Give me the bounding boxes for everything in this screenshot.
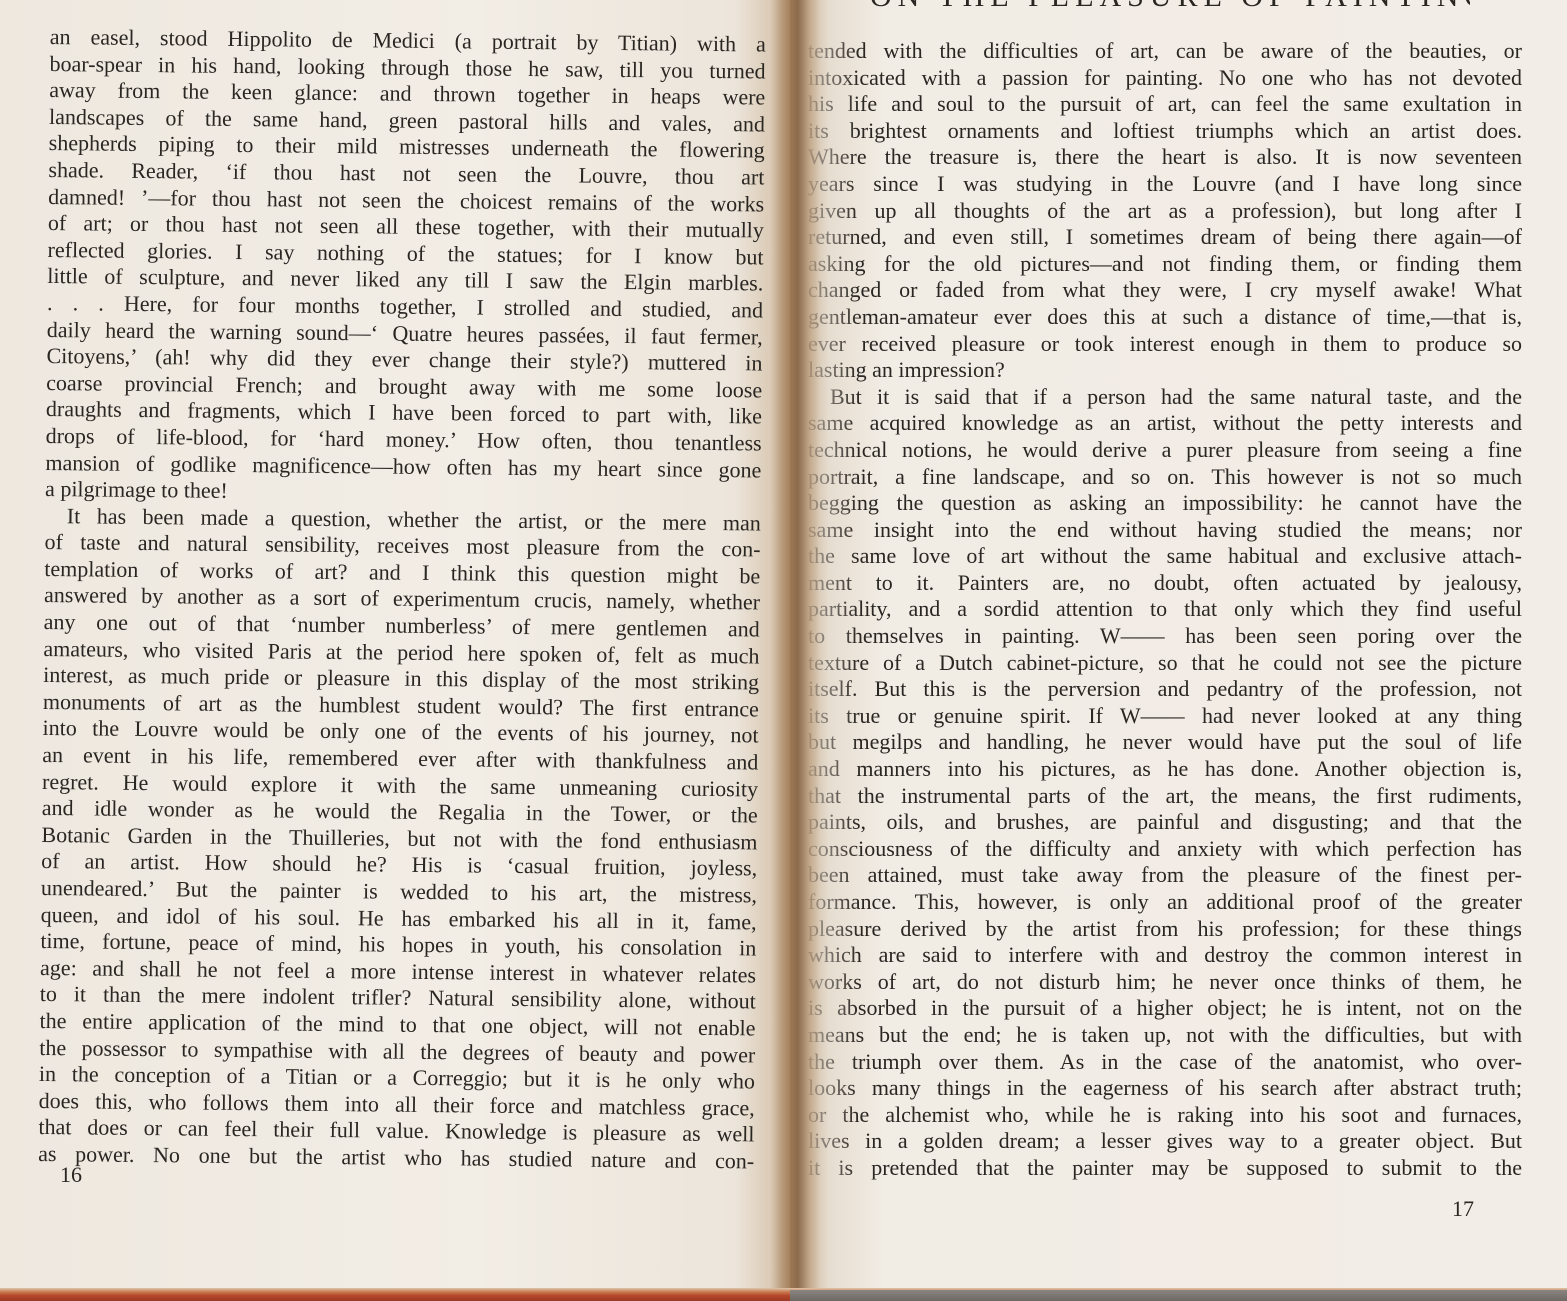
text-line: gentleman-amateur ever does this at such… (808, 304, 1522, 331)
text-line: Where the treasure is, there the heart i… (808, 144, 1522, 171)
text-line: returned, and even still, I sometimes dr… (808, 224, 1522, 251)
text-line: years since I was studying in the Louvre… (808, 171, 1522, 198)
text-line: its true or genuine spirit. If W—— had n… (808, 703, 1522, 730)
left-page: an easel, stood Hippolito de Medici (a p… (0, 0, 790, 1290)
text-line: been attained, must take away from the p… (808, 862, 1522, 889)
right-page-text: tended with the difficulties of art, can… (808, 38, 1522, 1182)
text-line: texture of a Dutch cabinet-picture, so t… (808, 650, 1522, 677)
text-line: same acquired knowledge as an artist, wi… (808, 410, 1522, 437)
text-line: technical notions, he would derive a pur… (808, 437, 1522, 464)
text-line: intoxicated with a passion for painting.… (808, 65, 1522, 92)
text-line: and manners into his pictures, as he has… (808, 756, 1522, 783)
running-head: ON THE PLEASURE OF PAINTING (870, 0, 1470, 12)
text-line: same insight into the end without having… (808, 517, 1522, 544)
text-line: partiality, and a sordid attention to th… (808, 596, 1522, 623)
right-page-number: 17 (1452, 1196, 1474, 1222)
book-spread: an easel, stood Hippolito de Medici (a p… (0, 0, 1567, 1301)
left-page-text: an easel, stood Hippolito de Medici (a p… (38, 24, 766, 1175)
text-line: looks many things in the eagerness of hi… (808, 1075, 1522, 1102)
text-line: paints, oils, and brushes, are painful a… (808, 809, 1522, 836)
page-edge-shadow (790, 1290, 1567, 1301)
text-line: changed or faded from what they were, I … (808, 277, 1522, 304)
text-line: portrait, a fine landscape, and so on. T… (808, 464, 1522, 491)
text-line: begging the question as asking an imposs… (808, 490, 1522, 517)
text-line: that the instrumental parts of the art, … (808, 783, 1522, 810)
text-line: means but the end; he is taken up, not w… (808, 1022, 1522, 1049)
text-line: the same love of art without the same ha… (808, 543, 1522, 570)
text-line: asking for the old pictures—and not find… (808, 251, 1522, 278)
left-page-number: 16 (60, 1162, 82, 1188)
text-line: it is pretended that the painter may be … (808, 1155, 1522, 1182)
text-line: works of art, do not disturb him; he nev… (808, 969, 1522, 996)
text-line: formance. This, however, is only an addi… (808, 889, 1522, 916)
text-line: But it is said that if a person had the … (808, 384, 1522, 411)
text-line: or the alchemist who, while he is raking… (808, 1102, 1522, 1129)
text-line: ment to it. Painters are, no doubt, ofte… (808, 570, 1522, 597)
text-line: pleasure derived by the artist from his … (808, 916, 1522, 943)
text-line: which are said to interfere with and des… (808, 942, 1522, 969)
text-line: but megilps and handling, he never would… (808, 729, 1522, 756)
text-line: is absorbed in the pursuit of a higher o… (808, 995, 1522, 1022)
text-line: the triumph over them. As in the case of… (808, 1049, 1522, 1076)
text-line: given up all thoughts of the art as a pr… (808, 198, 1522, 225)
text-line: ever received pleasure or took interest … (808, 331, 1522, 358)
text-line: tended with the difficulties of art, can… (808, 38, 1522, 65)
text-line: lasting an impression? (808, 357, 1522, 384)
text-line: consciousness of the difficulty and anxi… (808, 836, 1522, 863)
text-line: his life and soul to the pursuit of art,… (808, 91, 1522, 118)
text-line: its brightest ornaments and loftiest tri… (808, 118, 1522, 145)
text-line: lives in a golden dream; a lesser gives … (808, 1128, 1522, 1155)
text-line: itself. But this is the perversion and p… (808, 676, 1522, 703)
text-line: to themselves in painting. W—— has been … (808, 623, 1522, 650)
